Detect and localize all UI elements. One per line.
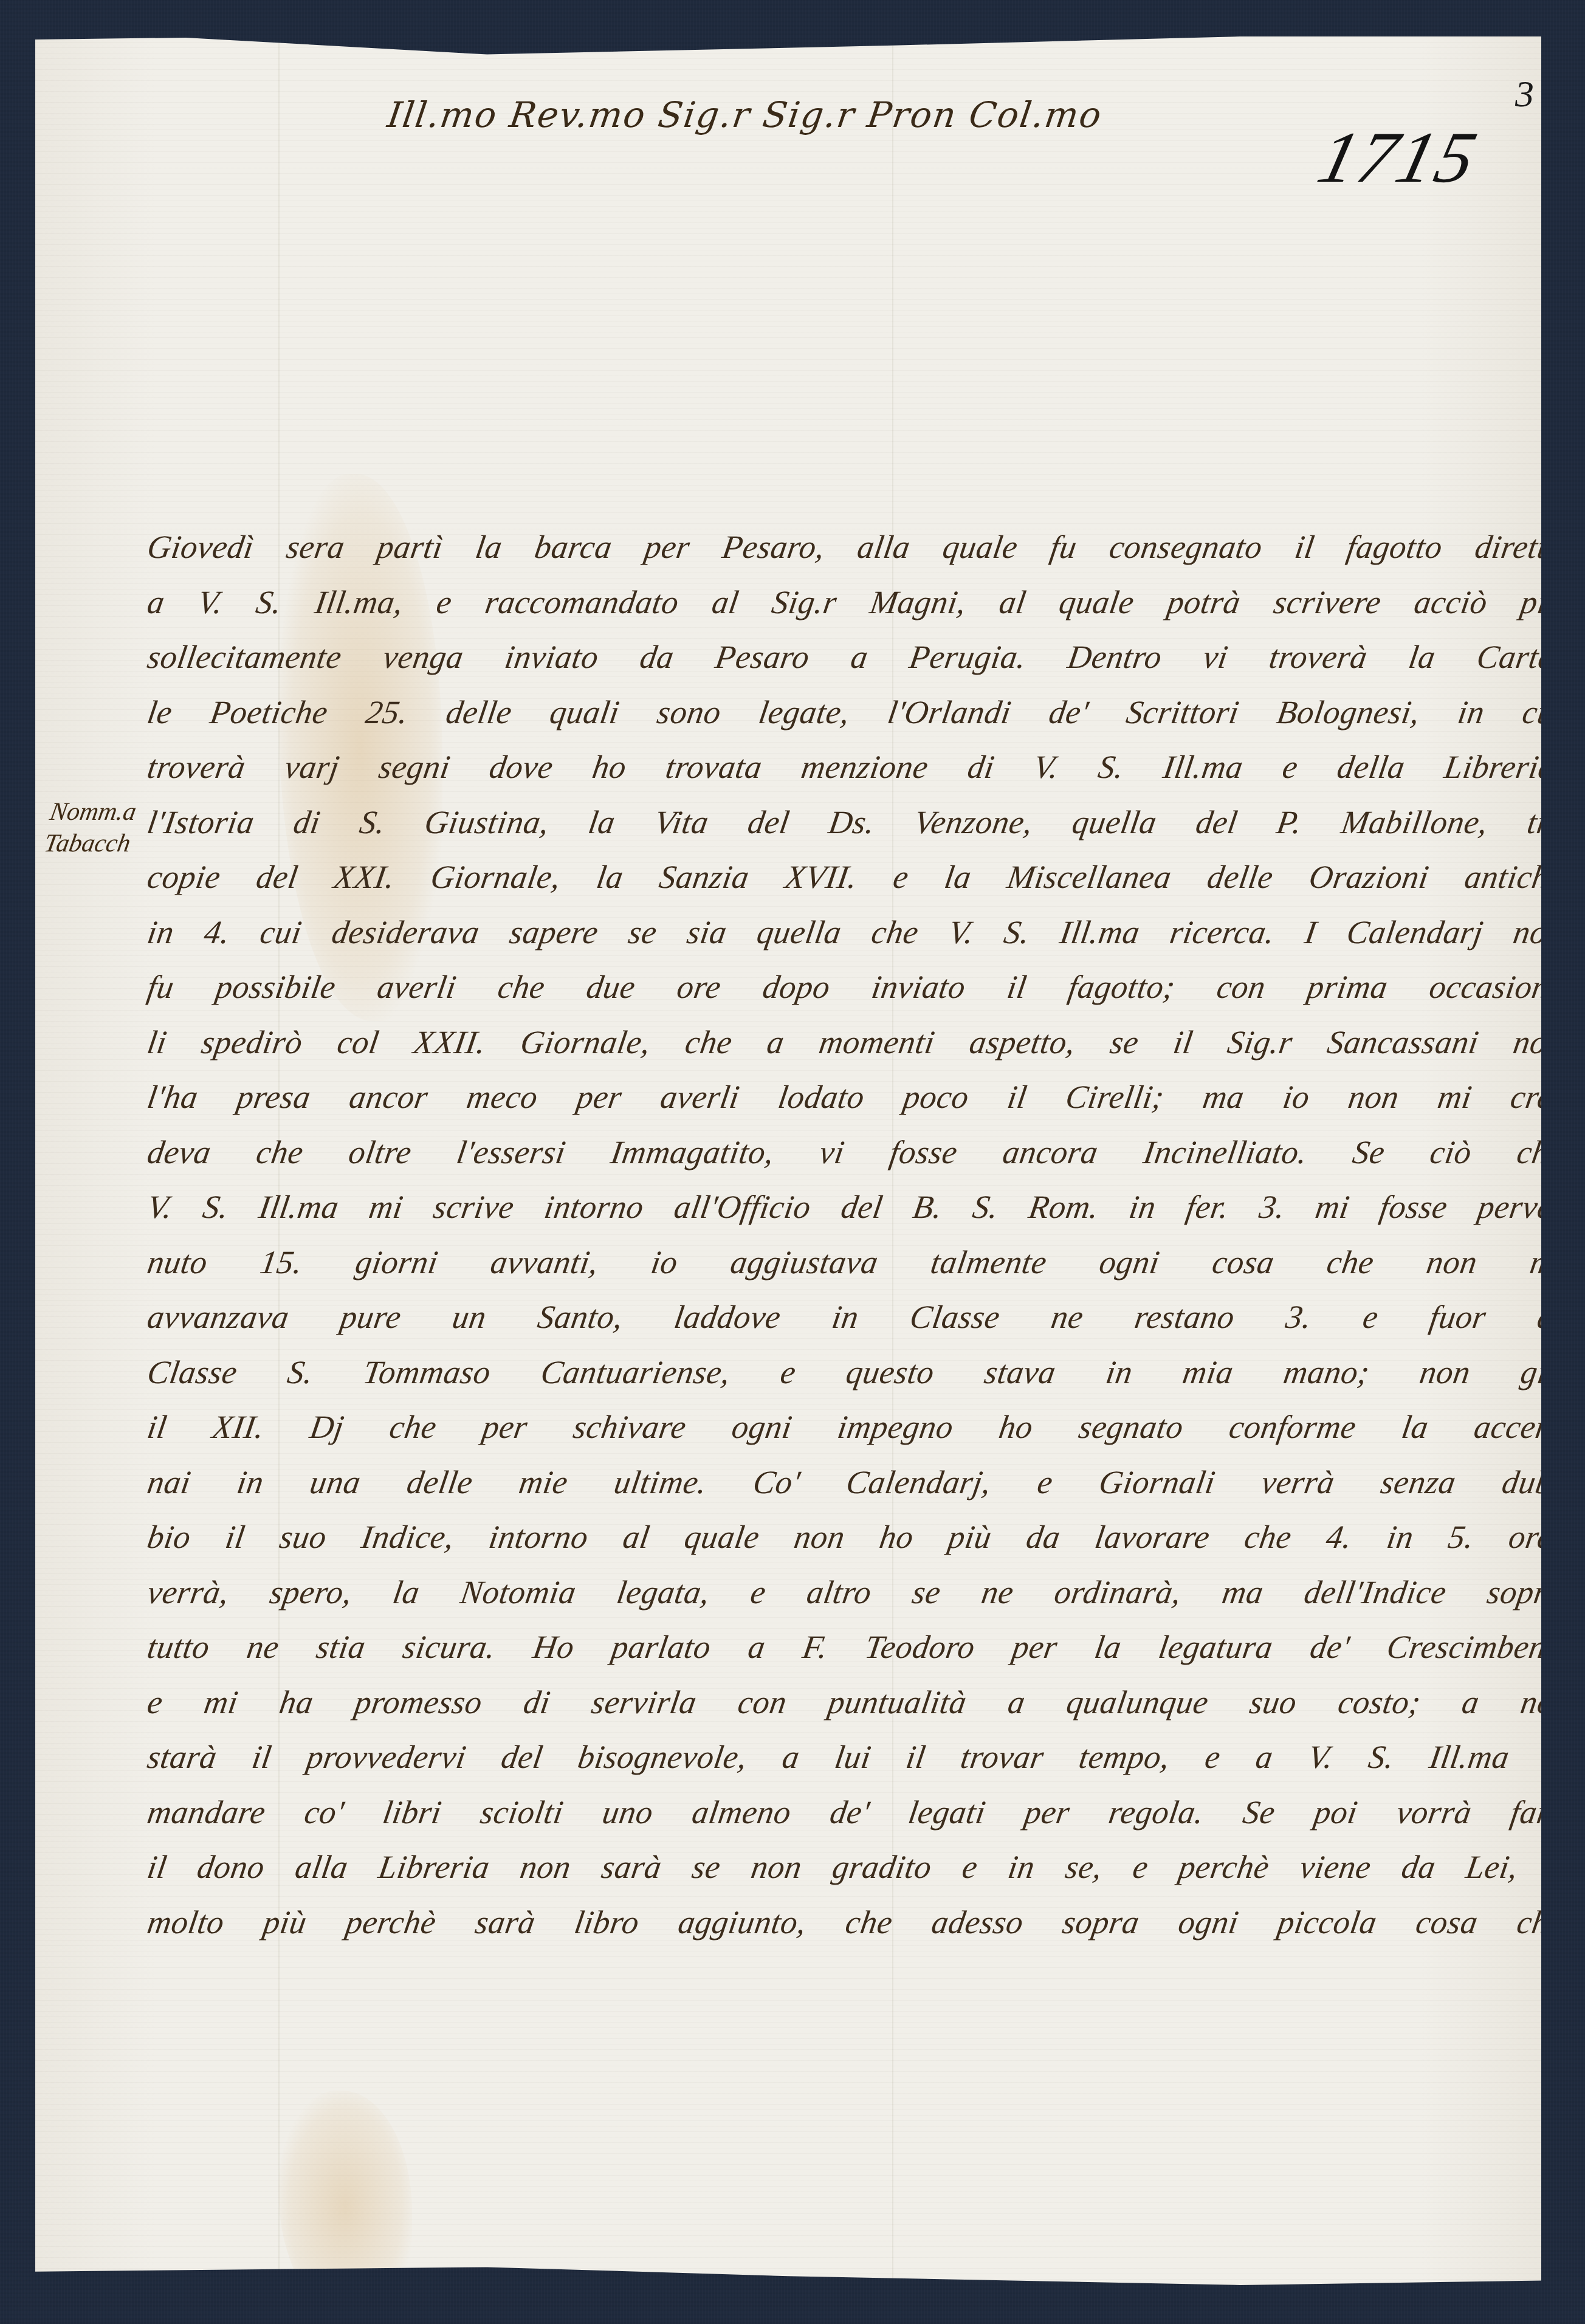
text-line: copie del XXI. Giornale, la Sanzia XVII.…	[143, 850, 1568, 905]
text-line: Classe S. Tommaso Cantuariense, e questo…	[143, 1345, 1568, 1400]
text-line: mandare co' libri sciolti uno almeno de'…	[143, 1785, 1568, 1840]
text-line: bio il suo Indice, intorno al quale non …	[143, 1510, 1568, 1565]
text-line: deva che oltre l'essersi Immagatito, vi …	[143, 1125, 1568, 1180]
text-line: tutto ne stia sicura. Ho parlato a F. Te…	[143, 1620, 1568, 1675]
text-line: il XII. Dj che per schivare ogni impegno…	[143, 1400, 1568, 1455]
text-line: li spedirò col XXII. Giornale, che a mom…	[143, 1015, 1568, 1070]
text-line: troverà varj segni dove ho trovata menzi…	[143, 740, 1568, 795]
text-line: nai in una delle mie ultime. Co' Calenda…	[143, 1455, 1568, 1510]
folio-number: 3	[1515, 73, 1534, 116]
margin-note-line: Tabacch	[42, 828, 133, 859]
salutation-heading: Ill.mo Rev.mo Sig.r Sig.r Pron Col.mo	[385, 94, 1105, 136]
water-stain	[278, 2091, 412, 2322]
text-line: e mi ha promesso di servirla con puntual…	[143, 1675, 1568, 1730]
year-annotation: 1715	[1310, 115, 1487, 199]
letter-body: Giovedì sera partì la barca per Pesaro, …	[148, 520, 1564, 1950]
text-line: starà il provvedervi del bisognevole, a …	[143, 1730, 1568, 1785]
text-line: avvanzava pure un Santo, laddove in Clas…	[143, 1290, 1568, 1345]
text-line: verrà, spero, la Notomia legata, e altro…	[143, 1565, 1568, 1620]
text-line: l'ha presa ancor meco per averli lodato …	[143, 1070, 1568, 1125]
text-line: molto più perchè sarà libro aggiunto, ch…	[143, 1895, 1568, 1950]
text-line: fu possibile averli che due ore dopo inv…	[143, 960, 1568, 1015]
text-line: le Poetiche 25. delle quali sono legate,…	[143, 685, 1568, 740]
text-line: nuto 15. giorni avvanti, io aggiustava t…	[143, 1235, 1568, 1290]
margin-note-line: Nomm.a	[47, 796, 139, 828]
margin-note: Nomm.a Tabacch	[42, 796, 139, 859]
text-line: a V. S. Ill.ma, e raccomandato al Sig.r …	[143, 575, 1568, 630]
text-line: il dono alla Libreria non sarà se non gr…	[143, 1840, 1568, 1895]
manuscript-page: Ill.mo Rev.mo Sig.r Sig.r Pron Col.mo 17…	[35, 36, 1541, 2285]
text-line: Giovedì sera partì la barca per Pesaro, …	[143, 520, 1568, 575]
text-line: l'Istoria di S. Giustina, la Vita del Ds…	[143, 795, 1568, 850]
text-line: V. S. Ill.ma mi scrive intorno all'Offic…	[143, 1180, 1568, 1235]
text-line: sollecitamente venga inviato da Pesaro a…	[143, 630, 1568, 685]
text-line: in 4. cui desiderava sapere se sia quell…	[143, 905, 1568, 960]
